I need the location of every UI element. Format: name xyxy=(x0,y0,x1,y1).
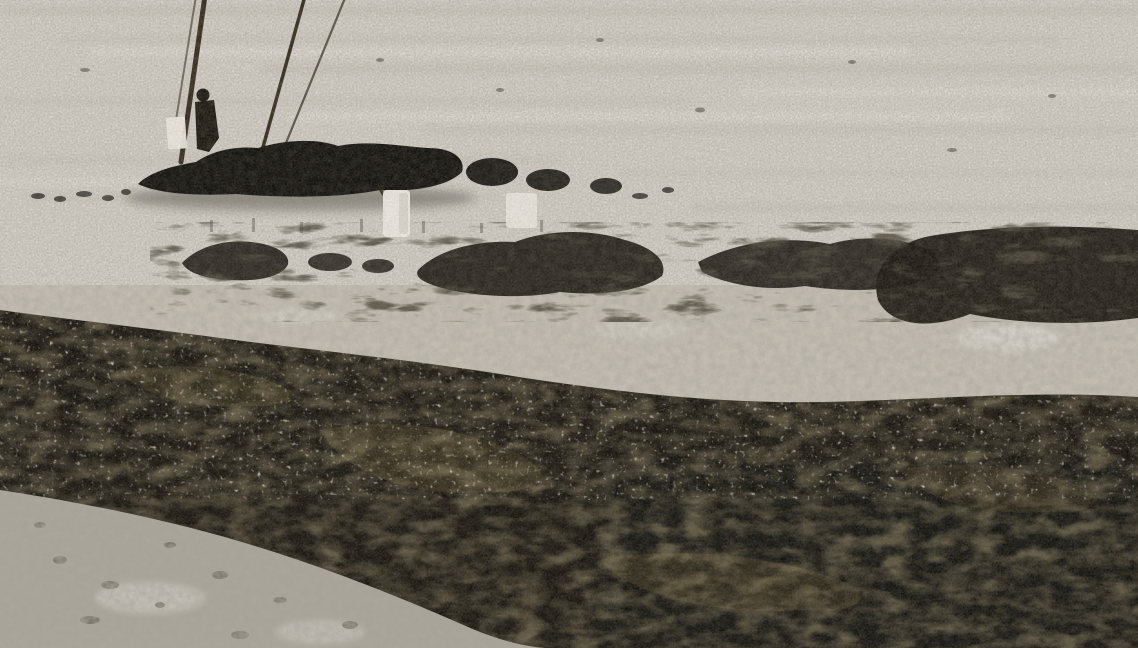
photo-grain-coarse xyxy=(0,0,1138,648)
photo-canvas xyxy=(0,0,1138,648)
historic-photograph xyxy=(0,0,1138,648)
